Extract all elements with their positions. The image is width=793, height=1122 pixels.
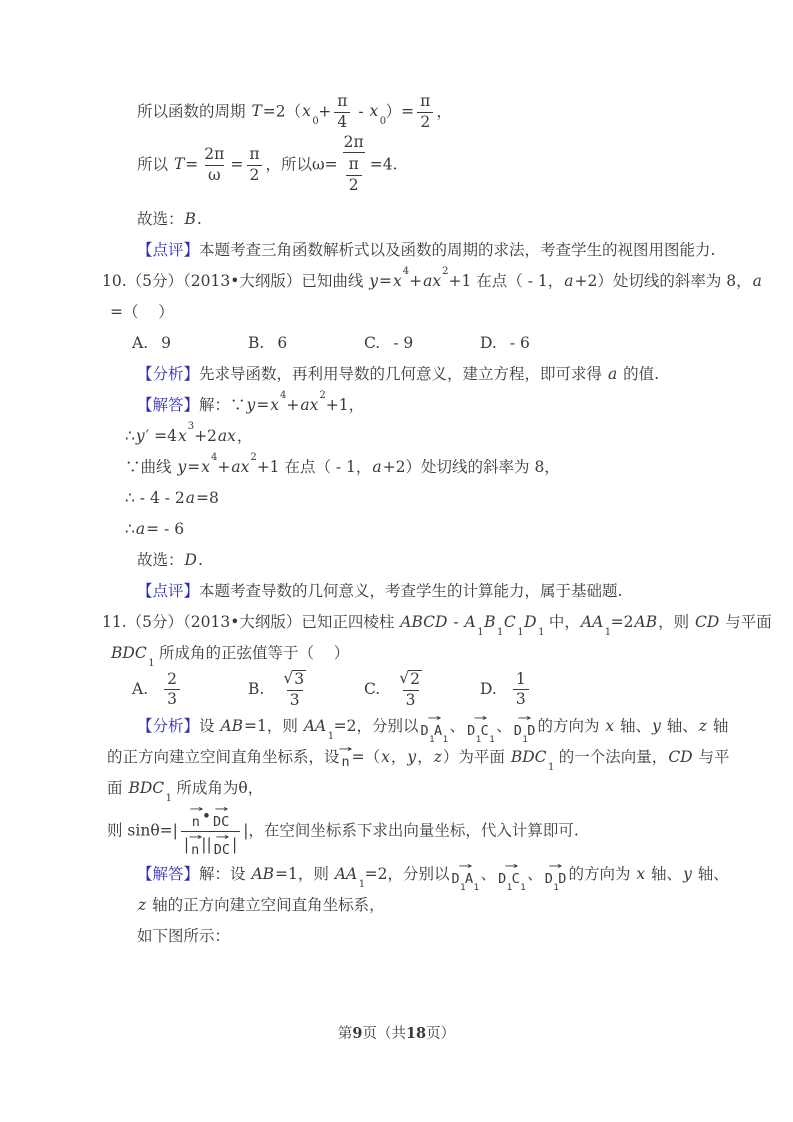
vector: →D1C1 (498, 862, 525, 887)
subscript: 1 (605, 627, 611, 638)
fraction: π2 (246, 145, 262, 186)
subscript: 1 (443, 735, 448, 745)
q11-analysis-line1: 【分析】设 AB=1，则 AA1=2，分别以→D1A1、→D1C1、→D1D的方… (137, 711, 714, 742)
vector: →D1D (545, 862, 567, 887)
fraction: π4 (334, 92, 350, 133)
analysis-label: 【分析】 (137, 365, 199, 383)
option-key: A. (132, 328, 148, 359)
solution-text: 解：∵y=x4+ax2+1， (199, 396, 364, 414)
math-variable: x (380, 748, 391, 766)
subscript: 1 (497, 627, 503, 638)
option-key: B. (248, 328, 264, 359)
fraction: √23 (396, 669, 425, 711)
analysis-text: 设 AB=1，则 AA1=2，分别以→D1A1、→D1C1、→D1D的方向为 x… (199, 717, 728, 735)
subscript: 1 (476, 735, 481, 745)
footer-page-number: 第9页（共18页） (0, 1024, 793, 1044)
q10-solution-line4: ∴ - 4 - 2a=8 (125, 483, 714, 514)
vector-arrow-icon: → (189, 805, 203, 814)
vector: →D1A1 (420, 714, 447, 739)
math-variable: BDC (127, 779, 165, 797)
math-variable: AA (580, 613, 604, 631)
math-variable: B (483, 613, 496, 631)
option-key: D. (480, 674, 497, 705)
fraction-denominator: |→n||→DC| (181, 831, 240, 859)
math-variable: T (250, 102, 262, 120)
option-key: C. (364, 328, 380, 359)
vector-arrow-icon: → (518, 714, 532, 723)
q11-analysis-line3: 面 BDC1 所成角为θ， (107, 773, 714, 804)
subscript: 1 (474, 883, 479, 893)
q11-stem-line2: BDC1 所成角的正弦值等于（ ） (110, 638, 714, 669)
math-variable: x (301, 102, 312, 120)
q10-option-c: C.- 9 (364, 328, 480, 359)
fraction: 13 (513, 670, 529, 711)
q11-solution-line1: 【解答】解：设 AB=1，则 AA1=2，分别以→D1A1、→D1C1、→D1D… (137, 859, 714, 890)
subscript: 1 (548, 762, 554, 773)
fraction: 2ππ2 (341, 133, 367, 198)
math-variable: AB (250, 865, 275, 883)
math-variable: ax (422, 272, 442, 290)
option-key: A. (132, 674, 148, 705)
q10-solution-line5: ∴a= - 6 (125, 514, 714, 545)
math-variable: ax (217, 427, 237, 445)
math-variable: y (246, 396, 257, 414)
vector-arrow-icon: → (188, 833, 202, 842)
q9-period-formula-line: 所以函数的周期 T=2（x0+π4 - x0）=π2， (137, 92, 714, 133)
subscript: 1 (507, 883, 512, 893)
math-variable: CD (694, 613, 720, 631)
fraction-numerator: √2 (396, 669, 425, 690)
fraction-numerator: 1 (513, 670, 529, 690)
comment-text: 本题考查导数的几何意义，考查学生的计算能力，属于基础题. (199, 582, 622, 600)
q9-omega-formula-line: 所以 T=2πω=π2，所以ω=2ππ2=4. (137, 133, 714, 198)
vector-name: D1A1 (420, 723, 447, 739)
subscript: 1 (460, 883, 465, 893)
math-variable: x (635, 865, 646, 883)
subscript: 1 (148, 658, 154, 669)
superscript: 4 (211, 452, 217, 463)
subscript: 1 (328, 731, 334, 742)
document-page: 所以函数的周期 T=2（x0+π4 - x0）=π2， 所以 T=2πω=π2，… (0, 0, 793, 1122)
math-variable: ABCD (399, 613, 448, 631)
subscript: 1 (477, 627, 483, 638)
vector: →n (342, 745, 350, 770)
q10-stem-line2: =（ ） (110, 297, 714, 328)
superscript: 3 (188, 421, 194, 432)
radicand: 2 (408, 670, 422, 689)
option-key: D. (480, 328, 497, 359)
option-value: 6 (277, 328, 287, 359)
q11-options-row: A.23 B.√33 C.√23 D.13 (132, 669, 714, 711)
math-variable: a (371, 458, 382, 476)
fraction-numerator: 2 (164, 670, 180, 690)
q11-solution-line3: 如下图所示： (137, 921, 714, 952)
option-value: 13 (510, 670, 532, 711)
q10-solution-line2: ∴y′ =4x3+2ax， (125, 421, 714, 452)
fraction-denominator: 4 (334, 112, 350, 133)
math-variable: x (369, 102, 380, 120)
math-variable: CD (667, 748, 693, 766)
superscript: 2 (442, 266, 448, 277)
superscript: 4 (403, 266, 409, 277)
math-variable: D (184, 551, 198, 569)
vector-arrow-icon: → (215, 833, 229, 842)
fraction: 2πω (201, 145, 227, 186)
fraction-denominator: ω (205, 165, 224, 186)
math-variable: y (651, 717, 662, 735)
vector: →D1D (514, 714, 536, 739)
option-value: √33 (277, 669, 312, 711)
fraction-denominator: π2 (343, 152, 365, 198)
math-variable: D (523, 613, 537, 631)
math-variable: x (200, 458, 211, 476)
vector-name: DC (214, 842, 230, 858)
q10-answer-choice: 故选：D. (137, 545, 714, 576)
vector: →D1C1 (467, 714, 494, 739)
fraction-denominator: 2 (247, 165, 263, 186)
math-variable: AA (334, 865, 358, 883)
math-variable: a (752, 272, 763, 290)
q9-comment-line: 【点评】本题考查三角函数解析式以及函数的周期的求法，考查学生的视图用图能力. (137, 235, 714, 266)
fraction-numerator: π (334, 92, 350, 112)
q10-option-d: D.- 6 (480, 328, 596, 359)
subscript: 1 (522, 735, 527, 745)
vector: →DC (213, 805, 229, 830)
math-variable: a (563, 272, 574, 290)
comment-label: 【点评】 (137, 241, 199, 259)
vector-arrow-icon: → (474, 714, 488, 723)
bold-text: 9 (352, 1025, 362, 1042)
vector: →D1A1 (451, 862, 478, 887)
fraction-numerator: π (346, 155, 362, 175)
math-variable: ax (299, 396, 319, 414)
math-variable: y (135, 427, 146, 445)
q11-option-a: A.23 (132, 669, 248, 711)
math-variable: x (392, 272, 403, 290)
q10-option-a: A.9 (132, 328, 248, 359)
fraction-denominator: 2 (346, 175, 362, 196)
math-variable: a (185, 489, 196, 507)
vector: →n (192, 805, 200, 830)
subscript: 1 (489, 735, 494, 745)
math-variable: x (177, 427, 188, 445)
option-value: - 9 (393, 328, 413, 359)
vector-name: D1A1 (451, 871, 478, 887)
math-variable: AA (303, 717, 327, 735)
page-content: 所以函数的周期 T=2（x0+π4 - x0）=π2， 所以 T=2πω=π2，… (102, 92, 714, 952)
answer-label: 【解答】 (137, 865, 199, 883)
fraction-numerator: 2π (341, 133, 367, 153)
fraction: 23 (164, 670, 180, 711)
math-variable: y (406, 748, 417, 766)
square-root: √3 (283, 670, 306, 689)
math-variable: BDC (110, 644, 148, 662)
subscript: 1 (520, 883, 525, 893)
fraction-denominator: 3 (513, 689, 529, 710)
option-key: B. (248, 674, 264, 705)
q9-answer-choice: 故选：B. (137, 204, 714, 235)
vector-name: D1C1 (498, 871, 525, 887)
fraction-numerator: →n•→DC (187, 804, 235, 831)
vector-name: n (191, 842, 199, 858)
option-value: - 6 (510, 328, 530, 359)
option-value: 9 (161, 328, 171, 359)
vector-name: n (342, 754, 350, 770)
fraction: π2 (346, 155, 362, 196)
q10-stem-line1: 10.（5分）（2013•大纲版）已知曲线 y=x4+ax2+1 在点（ - 1… (102, 266, 714, 297)
fraction-denominator: 3 (287, 690, 303, 711)
subscript: 0 (312, 116, 318, 127)
vector-name: D1D (514, 723, 536, 739)
math-variable: AB (219, 717, 244, 735)
q11-option-b: B.√33 (248, 669, 364, 711)
q10-option-b: B.6 (248, 328, 364, 359)
q11-solution-line2: z 轴的正方向建立空间直角坐标系， (137, 890, 714, 921)
fraction-numerator: π (246, 145, 262, 165)
vector: →n (191, 833, 199, 858)
fraction: √33 (280, 669, 309, 711)
fraction-denominator: 3 (403, 690, 419, 711)
subscript: 1 (359, 879, 365, 890)
option-value: 23 (161, 670, 183, 711)
fraction-numerator: 2π (201, 145, 227, 165)
math-variable: z (698, 717, 708, 735)
solution-text: 解：设 AB=1，则 AA1=2，分别以→D1A1、→D1C1、→D1D的方向为… (199, 865, 729, 883)
math-variable: A (464, 613, 477, 631)
math-variable: a (607, 365, 618, 383)
radicand: 3 (292, 670, 306, 689)
vector-name: n (192, 814, 200, 830)
fraction: →n•→DC|→n||→DC| (181, 804, 240, 859)
q10-comment-line: 【点评】本题考查导数的几何意义，考查学生的计算能力，属于基础题. (137, 576, 714, 607)
subscript: 0 (380, 116, 386, 127)
vector-arrow-icon: → (549, 862, 563, 871)
fraction: π2 (417, 92, 433, 133)
bold-text: 18 (406, 1025, 426, 1042)
option-key: C. (364, 674, 380, 705)
analysis-text: 先求导函数，再利用导数的几何意义，建立方程，即可求得 a 的值. (199, 365, 659, 383)
q10-analysis-line: 【分析】先求导函数，再利用导数的几何意义，建立方程，即可求得 a 的值. (137, 359, 714, 390)
math-variable: z (433, 748, 443, 766)
analysis-label: 【分析】 (137, 717, 199, 735)
vector-name: D1C1 (467, 723, 494, 739)
subscript: 1 (553, 883, 558, 893)
superscript: 2 (319, 390, 325, 401)
option-value: √23 (393, 669, 428, 711)
vector-name: D1D (545, 871, 567, 887)
vector: →DC (214, 833, 230, 858)
q10-solution-line3: ∵曲线 y=x4+ax2+1 在点（ - 1，a+2）处切线的斜率为 8， (125, 452, 714, 483)
comment-text: 本题考查三角函数解析式以及函数的周期的求法，考查学生的视图用图能力. (199, 241, 715, 259)
q11-option-d: D.13 (480, 669, 596, 711)
q11-sin-formula-line: 则 sinθ=|→n•→DC|→n||→DC||，在空间坐标系下求出向量坐标，代… (107, 804, 714, 859)
fraction-numerator: π (417, 92, 433, 112)
vector-arrow-icon: → (458, 862, 472, 871)
subscript: 1 (166, 793, 172, 804)
fraction-denominator: 3 (164, 689, 180, 710)
math-variable: z (137, 896, 147, 914)
superscript: 2 (250, 452, 256, 463)
vector-arrow-icon: → (339, 745, 353, 754)
subscript: 1 (429, 735, 434, 745)
q10-options-row: A.9 B.6 C.- 9 D.- 6 (132, 328, 714, 359)
math-variable: y (176, 458, 187, 476)
vector-arrow-icon: → (505, 862, 519, 871)
math-variable: y (368, 272, 379, 290)
q11-option-c: C.√23 (364, 669, 480, 711)
superscript: 4 (280, 390, 286, 401)
vector-arrow-icon: → (214, 805, 228, 814)
fraction-numerator: √3 (280, 669, 309, 690)
math-variable: T (173, 155, 185, 173)
comment-label: 【点评】 (137, 582, 199, 600)
math-variable: ax (230, 458, 250, 476)
subscript: 1 (517, 627, 523, 638)
vector-arrow-icon: → (427, 714, 441, 723)
q11-analysis-line2: 的正方向建立空间直角坐标系，设→n=（x，y，z）为平面 BDC1 的一个法向量… (107, 742, 714, 773)
vector-name: DC (213, 814, 229, 830)
math-variable: x (604, 717, 615, 735)
math-variable: B (184, 210, 197, 228)
q11-stem-line1: 11.（5分）（2013•大纲版）已知正四棱柱 ABCD - A1B1C1D1 … (102, 607, 714, 638)
math-variable: C (503, 613, 517, 631)
math-variable: AB (634, 613, 659, 631)
answer-label: 【解答】 (137, 396, 199, 414)
math-variable: a (135, 520, 146, 538)
math-variable: x (269, 396, 280, 414)
q10-solution-line1: 【解答】解：∵y=x4+ax2+1， (137, 390, 714, 421)
fraction-denominator: 2 (417, 112, 433, 133)
subscript: 1 (538, 627, 544, 638)
math-variable: y (682, 865, 693, 883)
math-variable: BDC (510, 748, 548, 766)
square-root: √2 (399, 670, 422, 689)
